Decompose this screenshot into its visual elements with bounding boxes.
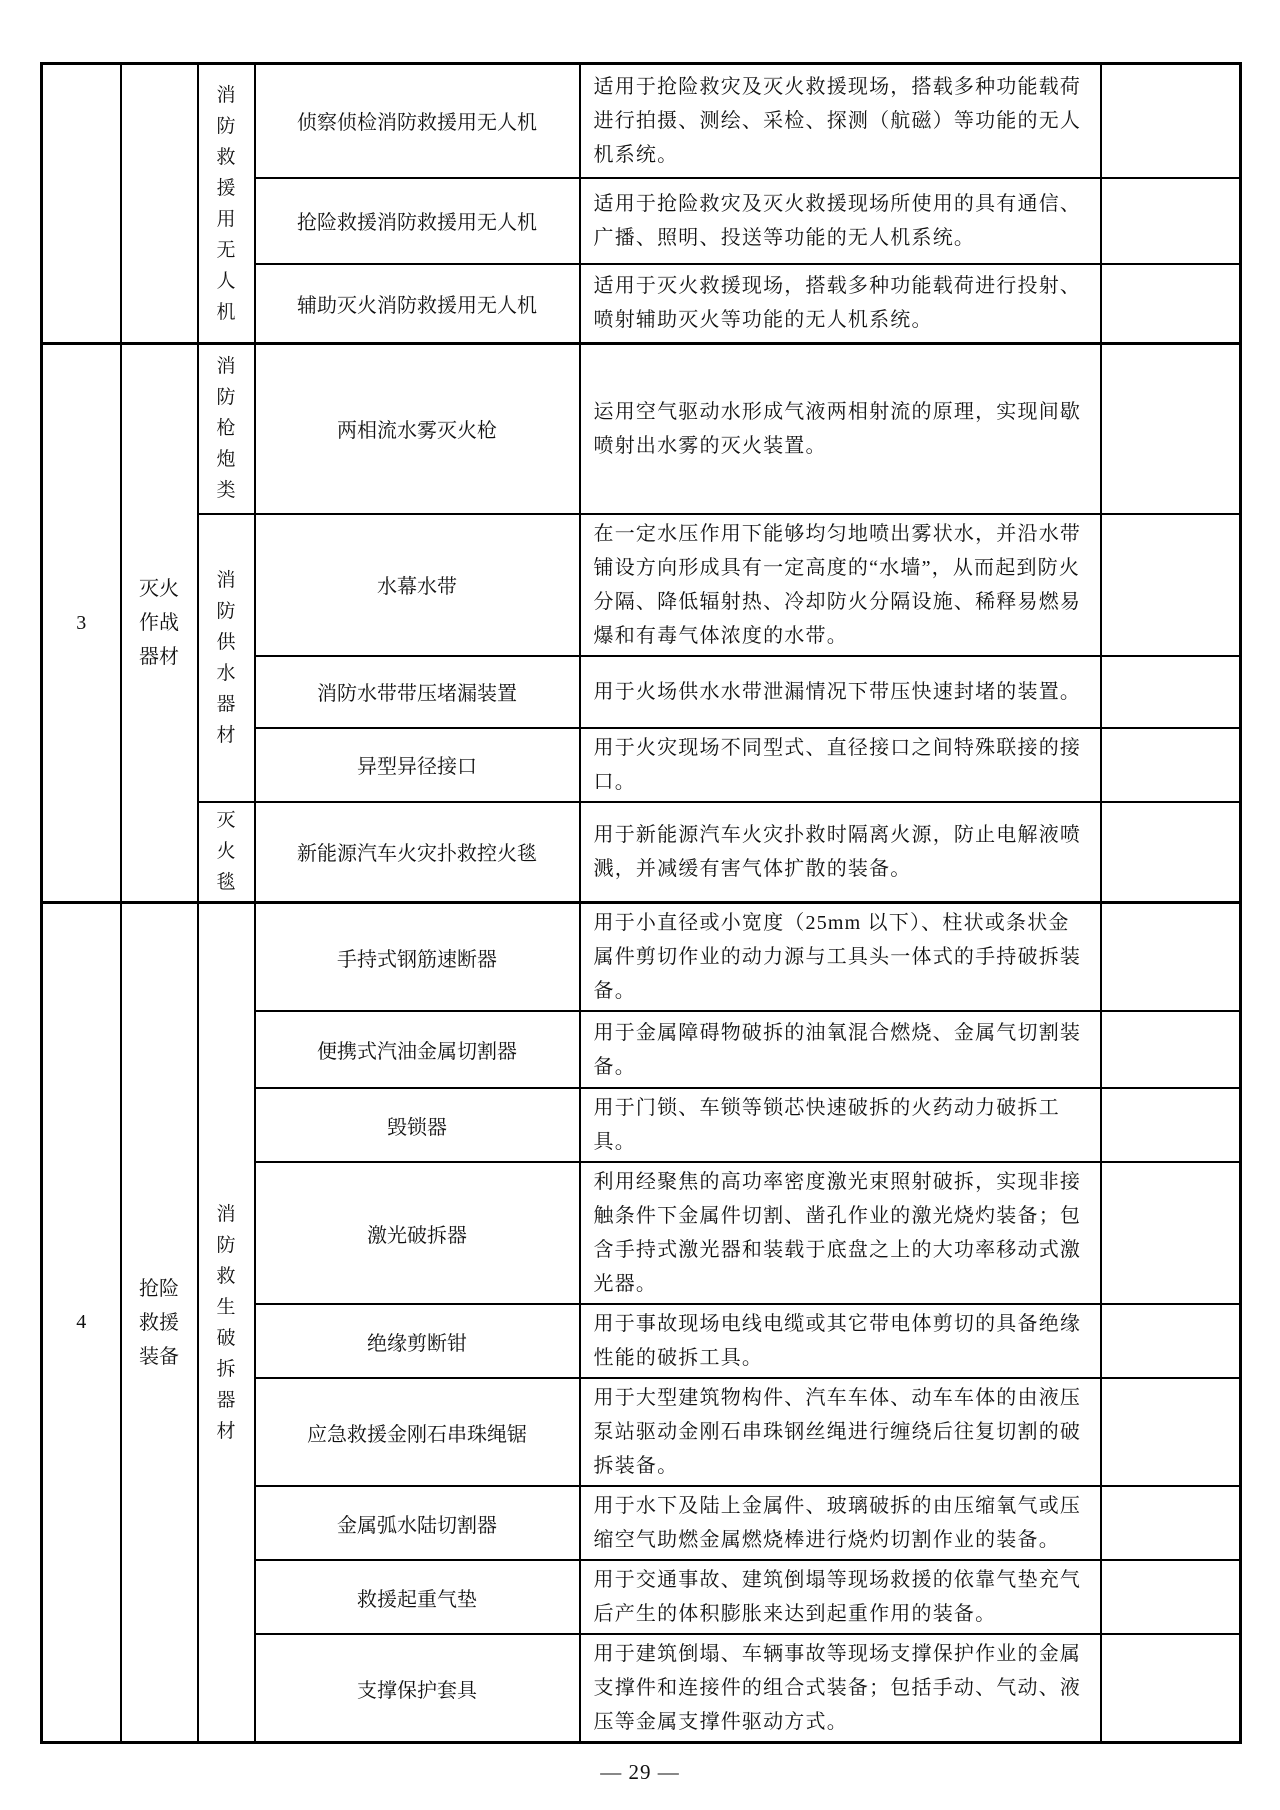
item-description: 用于交通事故、建筑倒塌等现场救援的依靠气垫充气后产生的体积膨胀来达到起重作用的装… [594,1569,1082,1625]
description-cell: 用于门锁、车锁等锁芯快速破拆的火药动力破拆工具。 [580,1088,1101,1162]
item-description: 用于门锁、车锁等锁芯快速破拆的火药动力破拆工具。 [594,1097,1060,1153]
remarks-cell [1101,802,1241,903]
serial-number: 4 [76,1311,86,1333]
description-cell: 适用于抢险救灾及灭火救援现场，搭载多种功能载荷进行拍摄、测绘、采检、探测（航磁）… [580,64,1101,178]
item-name: 激光破拆器 [367,1225,467,1247]
item-description: 用于金属障碍物破拆的油氧混合燃烧、金属气切割装备。 [594,1022,1082,1078]
item-description: 用于火灾现场不同型式、直径接口之间特殊联接的接口。 [594,737,1082,793]
item-cell: 救援起重气垫 [255,1560,580,1634]
remarks-cell [1101,903,1241,1012]
item-name: 支撑保护套具 [357,1680,477,1702]
description-cell: 用于小直径或小宽度（25mm 以下）、柱状或条状金属件剪切作业的动力源与工具头一… [580,903,1101,1012]
description-cell: 利用经聚焦的高功率密度激光束照射破拆，实现非接触条件下金属件切割、凿孔作业的激光… [580,1162,1101,1304]
item-cell: 手持式钢筋速断器 [255,903,580,1012]
serial-cell [42,64,121,344]
item-name: 辅助灭火消防救援用无人机 [297,295,537,317]
item-name: 抢险救援消防救援用无人机 [297,212,537,234]
item-description: 用于水下及陆上金属件、玻璃破拆的由压缩氧气或压缩空气助燃金属燃烧棒进行烧灼切割作… [594,1495,1082,1551]
item-cell: 金属弧水陆切割器 [255,1486,580,1560]
item-cell: 激光破拆器 [255,1162,580,1304]
description-cell: 用于交通事故、建筑倒塌等现场救援的依靠气垫充气后产生的体积膨胀来达到起重作用的装… [580,1560,1101,1634]
item-cell: 绝缘剪断钳 [255,1304,580,1378]
item-cell: 抢险救援消防救援用无人机 [255,178,580,264]
remarks-cell [1101,1560,1241,1634]
remarks-cell [1101,1011,1241,1088]
subcategory-label: 消防救生破拆器材 [216,1199,237,1447]
subcategory-label: 灭火毯 [216,805,237,898]
item-cell: 侦察侦检消防救援用无人机 [255,64,580,178]
item-cell: 应急救援金刚石串珠绳锯 [255,1378,580,1486]
item-description: 适用于灭火救援现场，搭载多种功能载荷进行投射、喷射辅助灭火等功能的无人机系统。 [594,275,1082,331]
subcategory-label: 消防供水器材 [216,565,237,751]
item-cell: 水幕水带 [255,514,580,656]
description-cell: 用于火场供水水带泄漏情况下带压快速封堵的装置。 [580,656,1101,728]
item-description: 利用经聚焦的高功率密度激光束照射破拆，实现非接触条件下金属件切割、凿孔作业的激光… [594,1171,1082,1295]
item-description: 适用于抢险救灾及灭火救援现场，搭载多种功能载荷进行拍摄、测绘、采检、探测（航磁）… [594,76,1082,166]
item-description: 在一定水压作用下能够均匀地喷出雾状水，并沿水带铺设方向形成具有一定高度的“水墙”… [594,523,1082,647]
item-cell: 辅助灭火消防救援用无人机 [255,264,580,344]
remarks-cell [1101,1162,1241,1304]
subcategory-cell: 消防救生破拆器材 [198,903,255,1743]
serial-cell: 4 [42,903,121,1743]
category-label: 抢险救援装备 [138,1272,180,1374]
subcategory-cell: 消防供水器材 [198,514,255,802]
remarks-cell [1101,264,1241,344]
item-name: 救援起重气垫 [357,1589,477,1611]
item-name: 毁锁器 [387,1117,447,1139]
description-cell: 适用于抢险救灾及灭火救援现场所使用的具有通信、广播、照明、投送等功能的无人机系统… [580,178,1101,264]
subcategory-label: 消防枪炮类 [216,351,237,506]
item-name: 应急救援金刚石串珠绳锯 [307,1424,527,1446]
item-cell: 便携式汽油金属切割器 [255,1011,580,1088]
description-cell: 运用空气驱动水形成气液两相射流的原理，实现间歇喷射出水雾的灭火装置。 [580,344,1101,514]
category-cell [121,64,198,344]
item-description: 用于小直径或小宽度（25mm 以下）、柱状或条状金属件剪切作业的动力源与工具头一… [594,912,1082,1002]
remarks-cell [1101,178,1241,264]
remarks-cell [1101,1378,1241,1486]
item-description: 用于事故现场电线电缆或其它带电体剪切的具备绝缘性能的破拆工具。 [594,1313,1082,1369]
description-cell: 用于事故现场电线电缆或其它带电体剪切的具备绝缘性能的破拆工具。 [580,1304,1101,1378]
serial-cell: 3 [42,344,121,903]
description-cell: 在一定水压作用下能够均匀地喷出雾状水，并沿水带铺设方向形成具有一定高度的“水墙”… [580,514,1101,656]
item-cell: 毁锁器 [255,1088,580,1162]
item-description: 运用空气驱动水形成气液两相射流的原理，实现间歇喷射出水雾的灭火装置。 [594,401,1082,457]
item-cell: 异型异径接口 [255,728,580,802]
item-description: 用于新能源汽车火灾扑救时隔离火源，防止电解液喷溅，并减缓有害气体扩散的装备。 [594,824,1082,880]
item-cell: 新能源汽车火灾扑救控火毯 [255,802,580,903]
item-name: 绝缘剪断钳 [367,1333,467,1355]
remarks-cell [1101,1304,1241,1378]
subcategory-cell: 灭火毯 [198,802,255,903]
item-name: 便携式汽油金属切割器 [317,1041,517,1063]
item-name: 金属弧水陆切割器 [337,1515,497,1537]
item-name: 消防水带带压堵漏装置 [317,683,517,705]
description-cell: 用于金属障碍物破拆的油氧混合燃烧、金属气切割装备。 [580,1011,1101,1088]
category-cell: 灭火作战器材 [121,344,198,903]
remarks-cell [1101,64,1241,178]
description-cell: 适用于灭火救援现场，搭载多种功能载荷进行投射、喷射辅助灭火等功能的无人机系统。 [580,264,1101,344]
category-label: 灭火作战器材 [138,572,180,674]
item-name: 异型异径接口 [357,756,477,778]
item-description: 用于建筑倒塌、车辆事故等现场支撑保护作业的金属支撑件和连接件的组合式装备；包括手… [594,1643,1082,1733]
equipment-table: 消防救援用无人机 侦察侦检消防救援用无人机 适用于抢险救灾及灭火救援现场，搭载多… [40,62,1242,1744]
item-cell: 两相流水雾灭火枪 [255,344,580,514]
item-cell: 支撑保护套具 [255,1634,580,1743]
item-name: 侦察侦检消防救援用无人机 [297,112,537,134]
description-cell: 用于水下及陆上金属件、玻璃破拆的由压缩氧气或压缩空气助燃金属燃烧棒进行烧灼切割作… [580,1486,1101,1560]
subcategory-label: 消防救援用无人机 [216,80,237,328]
description-cell: 用于火灾现场不同型式、直径接口之间特殊联接的接口。 [580,728,1101,802]
page-number: — 29 — [0,1760,1280,1785]
description-cell: 用于大型建筑物构件、汽车车体、动车车体的由液压泵站驱动金刚石串珠钢丝绳进行缠绕后… [580,1378,1101,1486]
description-cell: 用于新能源汽车火灾扑救时隔离火源，防止电解液喷溅，并减缓有害气体扩散的装备。 [580,802,1101,903]
item-name: 两相流水雾灭火枪 [337,420,497,442]
category-cell: 抢险救援装备 [121,903,198,1743]
item-description: 适用于抢险救灾及灭火救援现场所使用的具有通信、广播、照明、投送等功能的无人机系统… [594,193,1082,249]
item-name: 手持式钢筋速断器 [337,949,497,971]
subcategory-cell: 消防救援用无人机 [198,64,255,344]
serial-number: 3 [76,612,86,634]
remarks-cell [1101,1486,1241,1560]
remarks-cell [1101,344,1241,514]
description-cell: 用于建筑倒塌、车辆事故等现场支撑保护作业的金属支撑件和连接件的组合式装备；包括手… [580,1634,1101,1743]
remarks-cell [1101,728,1241,802]
remarks-cell [1101,656,1241,728]
subcategory-cell: 消防枪炮类 [198,344,255,514]
remarks-cell [1101,1634,1241,1743]
item-cell: 消防水带带压堵漏装置 [255,656,580,728]
item-description: 用于大型建筑物构件、汽车车体、动车车体的由液压泵站驱动金刚石串珠钢丝绳进行缠绕后… [594,1387,1082,1477]
remarks-cell [1101,1088,1241,1162]
item-description: 用于火场供水水带泄漏情况下带压快速封堵的装置。 [594,681,1082,703]
item-name: 新能源汽车火灾扑救控火毯 [297,843,537,865]
remarks-cell [1101,514,1241,656]
item-name: 水幕水带 [377,576,457,598]
